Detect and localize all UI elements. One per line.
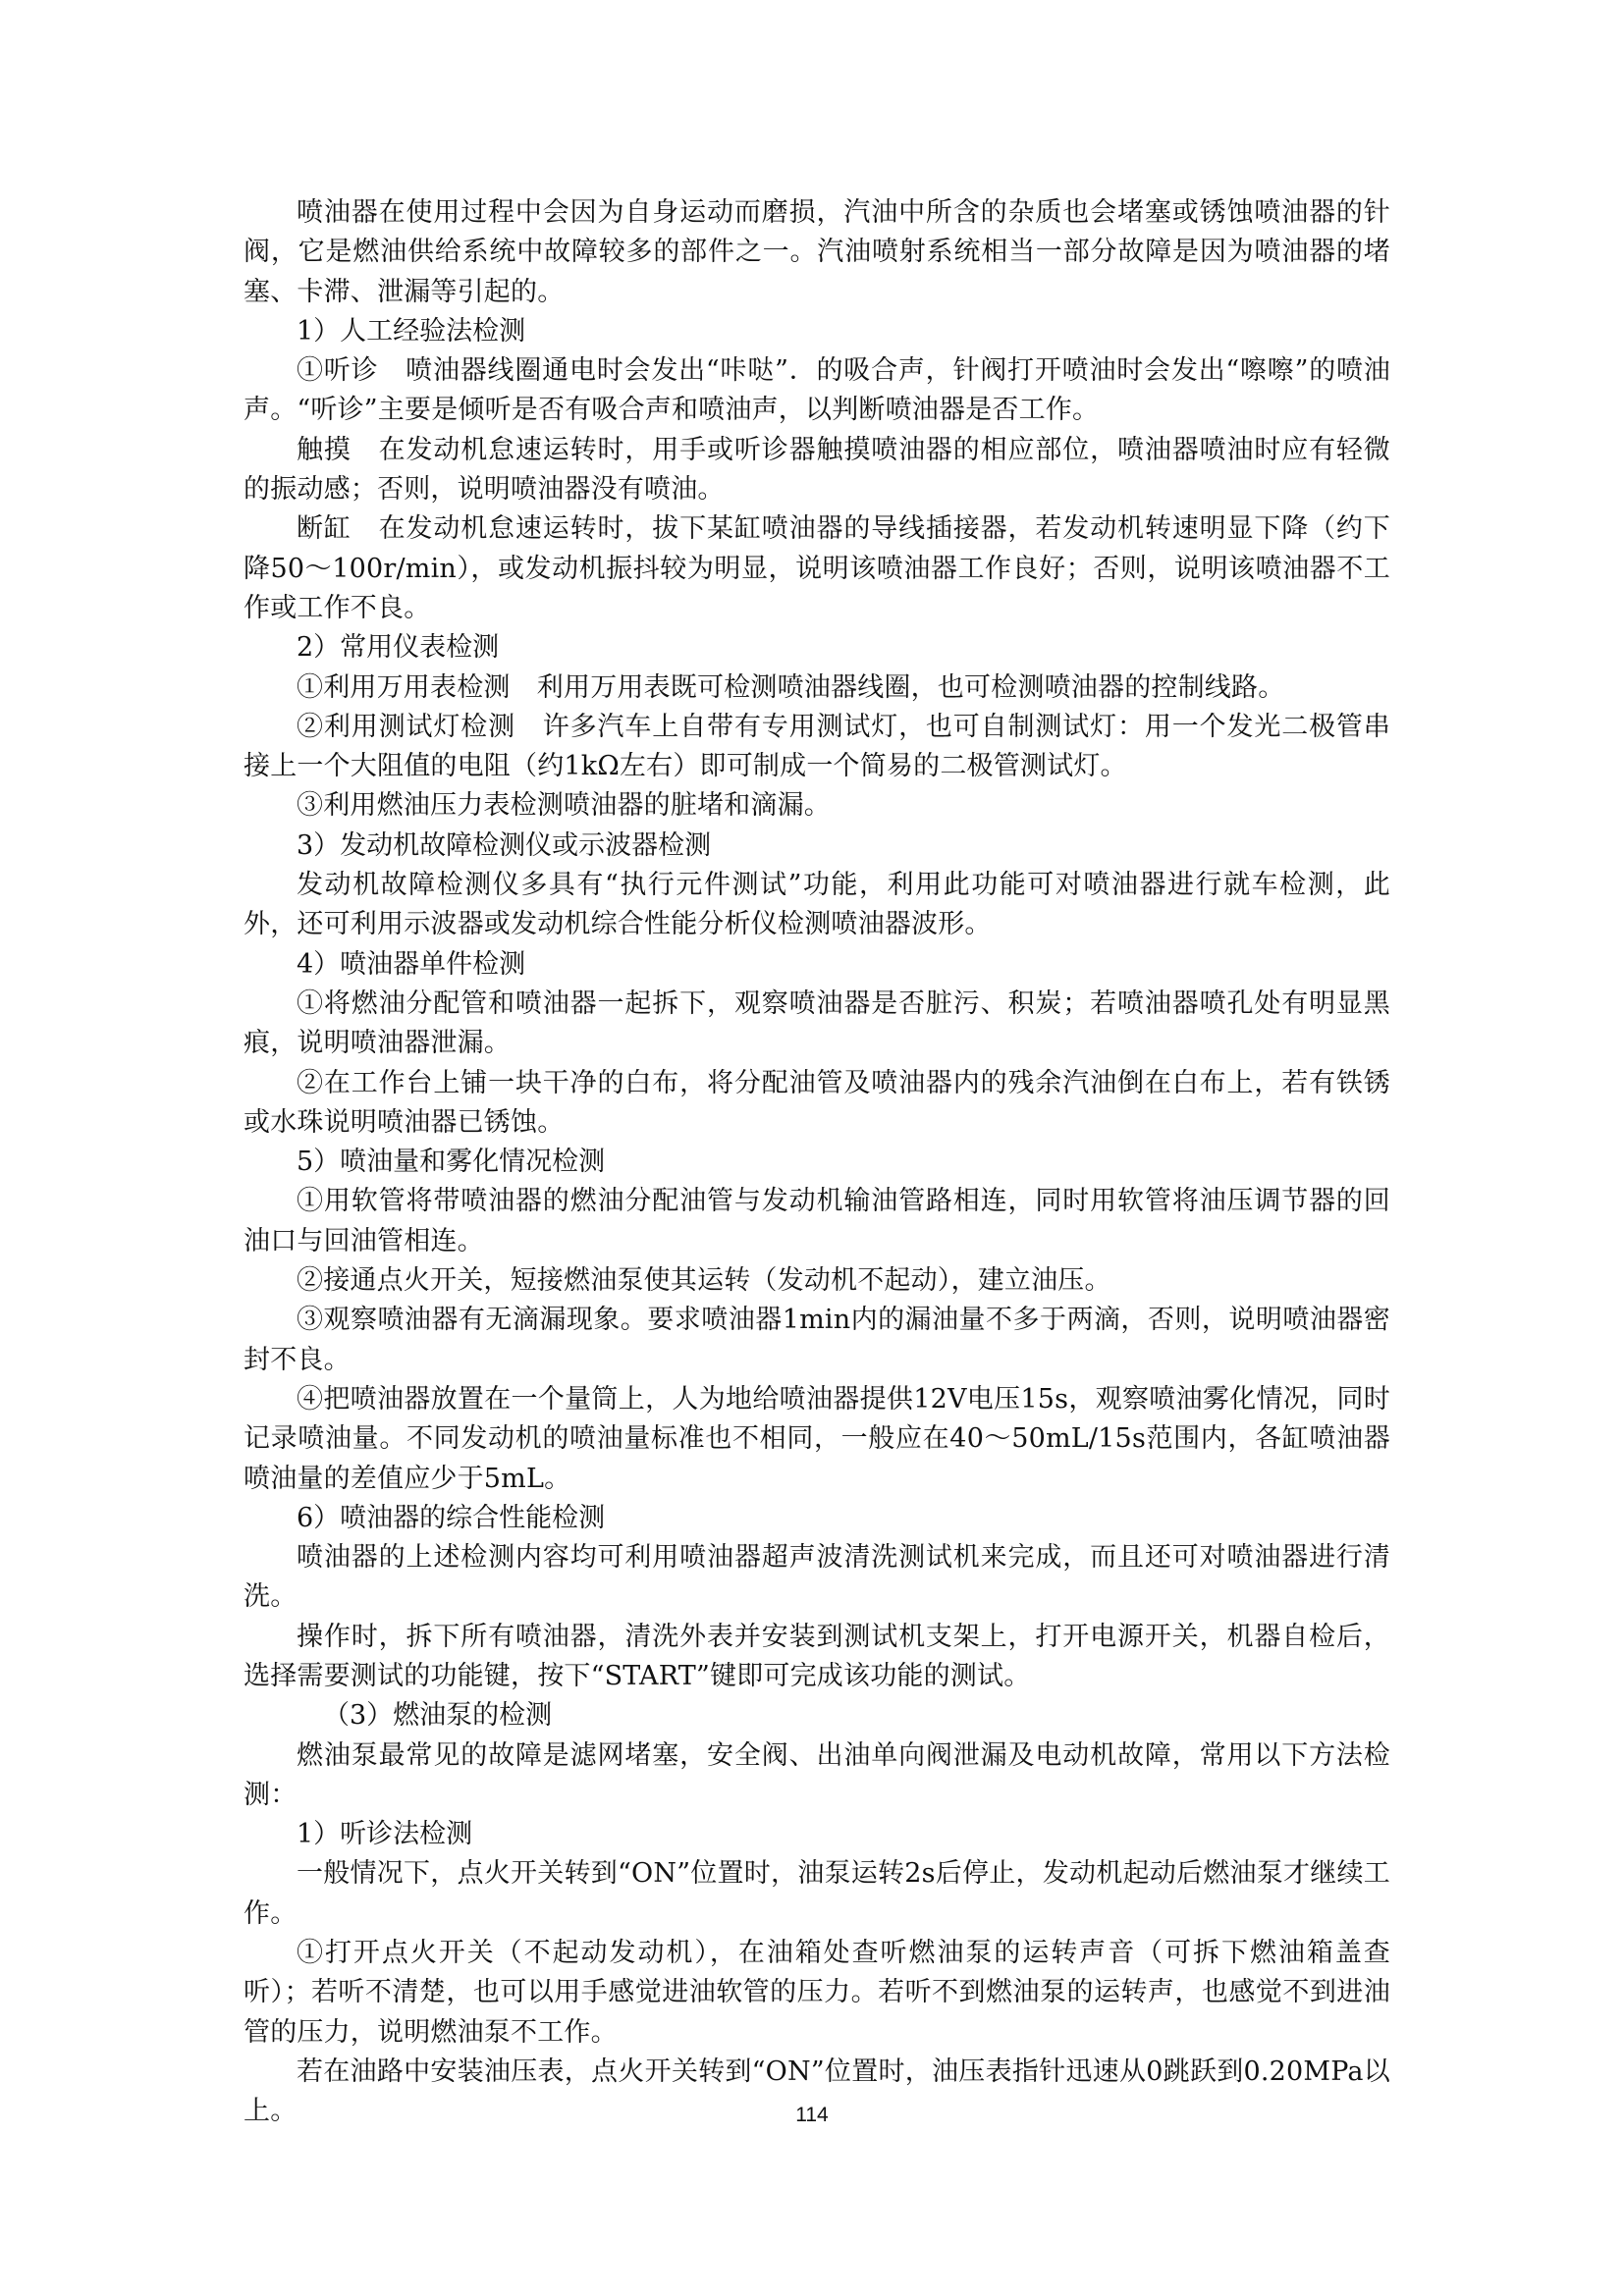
paragraph-cylinder-cutoff: 断缸 在发动机怠速运转时，拔下某缸喷油器的导线插接器，若发动机转速明显下降（约下… xyxy=(244,509,1390,628)
paragraph-listen-fuel-pump: ①打开点火开关（不起动发动机），在油箱处查听燃油泵的运转声音（可拆下燃油箱盖查听… xyxy=(244,1934,1390,2053)
heading-listening-method: 1）听诊法检测 xyxy=(244,1815,1390,1854)
paragraph-injector-faults-intro: 喷油器在使用过程中会因为自身运动而磨损，汽油中所含的杂质也会堵塞或锈蚀喷油器的针… xyxy=(244,193,1390,312)
heading-single-injector-detection: 4）喷油器单件检测 xyxy=(244,945,1390,985)
paragraph-ignition-on: ②接通点火开关，短接燃油泵使其运转（发动机不起动），建立油压。 xyxy=(244,1261,1390,1301)
paragraph-drip-check: ③观察喷油器有无滴漏现象。要求喷油器1min内的漏油量不多于两滴，否则，说明喷油… xyxy=(244,1301,1390,1380)
paragraph-touching: 触摸 在发动机怠速运转时，用手或听诊器触摸喷油器的相应部位，喷油器喷油时应有轻微… xyxy=(244,431,1390,510)
heading-manual-experience-detection: 1）人工经验法检测 xyxy=(244,312,1390,351)
paragraph-test-lamp: ②利用测试灯检测 许多汽车上自带有专用测试灯，也可自制测试灯：用一个发光二极管串… xyxy=(244,708,1390,787)
paragraph-measuring-cylinder: ④把喷油器放置在一个量筒上，人为地给喷油器提供12V电压15s，观察喷油雾化情况… xyxy=(244,1380,1390,1499)
paragraph-fuel-pump-faults: 燃油泵最常见的故障是滤网堵塞，安全阀、出油单向阀泄漏及电动机故障，常用以下方法检… xyxy=(244,1736,1390,1816)
page-number: 114 xyxy=(0,2104,1624,2127)
paragraph-scanner-actuator-test: 发动机故障检测仪多具有“执行元件测试”功能，利用此功能可对喷油器进行就车检测，此… xyxy=(244,866,1390,945)
heading-scanner-oscilloscope-detection: 3）发动机故障检测仪或示波器检测 xyxy=(244,827,1390,866)
heading-injection-quantity-atomization: 5）喷油量和雾化情况检测 xyxy=(244,1143,1390,1182)
paragraph-fuel-pressure-gauge: ③利用燃油压力表检测喷油器的脏堵和滴漏。 xyxy=(244,786,1390,826)
paragraph-ultrasonic-tester: 喷油器的上述检测内容均可利用喷油器超声波清洗测试机来完成，而且还可对喷油器进行清… xyxy=(244,1538,1390,1618)
paragraph-listening: ①听诊 喷油器线圈通电时会发出“咔哒”．的吸合声，针阀打开喷油时会发出“嚓嚓”的… xyxy=(244,351,1390,431)
paragraph-general-case: 一般情况下，点火开关转到“ON”位置时，油泵运转2s后停止，发动机起动后燃油泵才… xyxy=(244,1854,1390,1934)
paragraph-remove-injectors: ①将燃油分配管和喷油器一起拆下，观察喷油器是否脏污、积炭；若喷油器喷孔处有明显黑… xyxy=(244,985,1390,1064)
paragraph-connect-hoses: ①用软管将带喷油器的燃油分配油管与发动机输油管路相连，同时用软管将油压调节器的回… xyxy=(244,1182,1390,1261)
heading-fuel-pump-detection: （3）燃油泵的检测 xyxy=(244,1696,1390,1735)
document-body: 喷油器在使用过程中会因为自身运动而磨损，汽油中所含的杂质也会堵塞或锈蚀喷油器的针… xyxy=(244,193,1390,2132)
paragraph-operation-steps: 操作时，拆下所有喷油器，清洗外表并安装到测试机支架上，打开电源开关，机器自检后，… xyxy=(244,1618,1390,1697)
paragraph-multimeter: ①利用万用表检测 利用万用表既可检测喷油器线圈，也可检测喷油器的控制线路。 xyxy=(244,668,1390,708)
paragraph-white-cloth-test: ②在工作台上铺一块干净的白布，将分配油管及喷油器内的残余汽油倒在白布上，若有铁锈… xyxy=(244,1064,1390,1144)
heading-common-instrument-detection: 2）常用仪表检测 xyxy=(244,628,1390,667)
heading-comprehensive-performance: 6）喷油器的综合性能检测 xyxy=(244,1499,1390,1538)
